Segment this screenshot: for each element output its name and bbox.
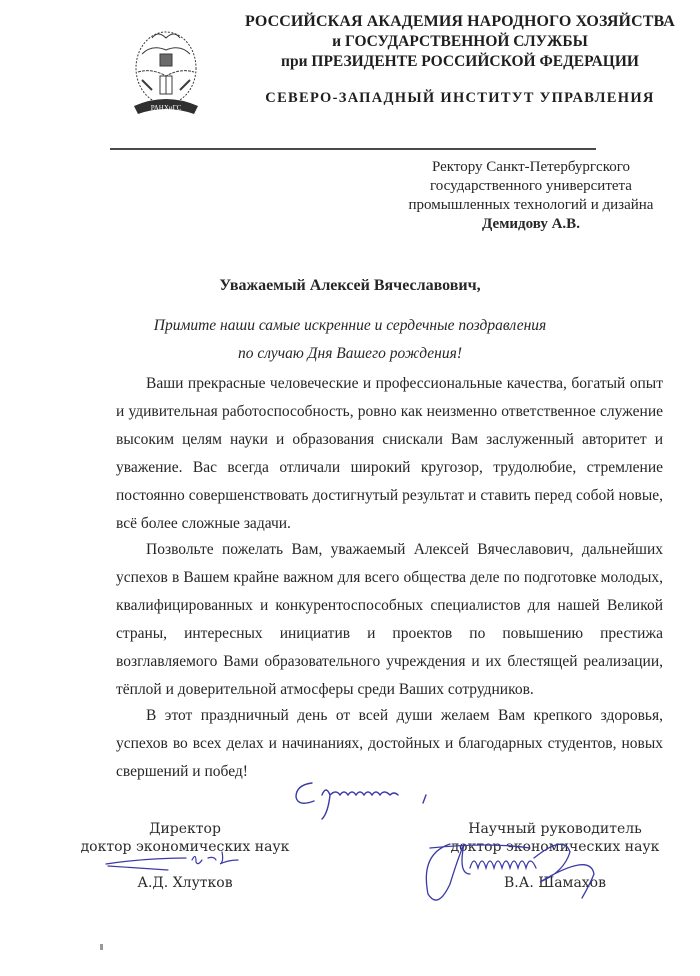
paragraph-text: Позвольте пожелать Вам, уважаемый Алексе… [116,536,663,704]
institute-name: СЕВЕРО-ЗАПАДНЫЙ ИНСТИТУТ УПРАВЛЕНИЯ [230,88,690,108]
letterhead: РОССИЙСКАЯ АКАДЕМИЯ НАРОДНОГО ХОЗЯЙСТВА … [230,12,690,108]
header-divider [110,148,596,150]
body-paragraph-1: Ваши прекрасные человеческие и профессио… [116,370,663,538]
signatory-name: А.Д. Хлутков [70,874,300,892]
addressee-name: Демидову А.В. [380,215,682,234]
scan-artifact [100,944,103,950]
body-paragraph-3: В этот праздничный день от всей души жел… [116,702,663,786]
congratulation-line-2: по случаю Дня Вашего рождения! [0,340,700,368]
congratulation-heading: Примите наши самые искренние и сердечные… [0,312,700,368]
signatory-position: Директор [70,820,300,838]
body-paragraph-2: Позвольте пожелать Вам, уважаемый Алексе… [116,536,663,704]
salutation: Уважаемый Алексей Вячеславович, [0,277,700,295]
addressee-block: Ректору Санкт-Петербургского государстве… [380,158,682,234]
handwritten-regards [290,775,450,825]
addressee-line: Ректору Санкт-Петербургского [380,158,682,177]
academy-name-line-3: при ПРЕЗИДЕНТЕ РОССИЙСКОЙ ФЕДЕРАЦИИ [230,52,690,72]
congratulation-line-1: Примите наши самые искренние и сердечные… [0,312,700,340]
signatory-position: Научный руководитель [430,820,680,838]
addressee-line: государственного университета [380,177,682,196]
director-signature-icon [100,848,250,872]
supervisor-signature-icon [410,838,620,906]
paragraph-text: Ваши прекрасные человеческие и профессио… [116,370,663,538]
paragraph-text: В этот праздничный день от всей души жел… [116,702,663,786]
addressee-line: промышленных технологий и дизайна [380,196,682,215]
academy-name-line-1: РОССИЙСКАЯ АКАДЕМИЯ НАРОДНОГО ХОЗЯЙСТВА [230,12,690,32]
ranepa-emblem-icon: РАНХиГС [128,24,204,120]
svg-text:РАНХиГС: РАНХиГС [151,104,182,112]
academy-name-line-2: и ГОСУДАРСТВЕННОЙ СЛУЖБЫ [230,32,690,52]
